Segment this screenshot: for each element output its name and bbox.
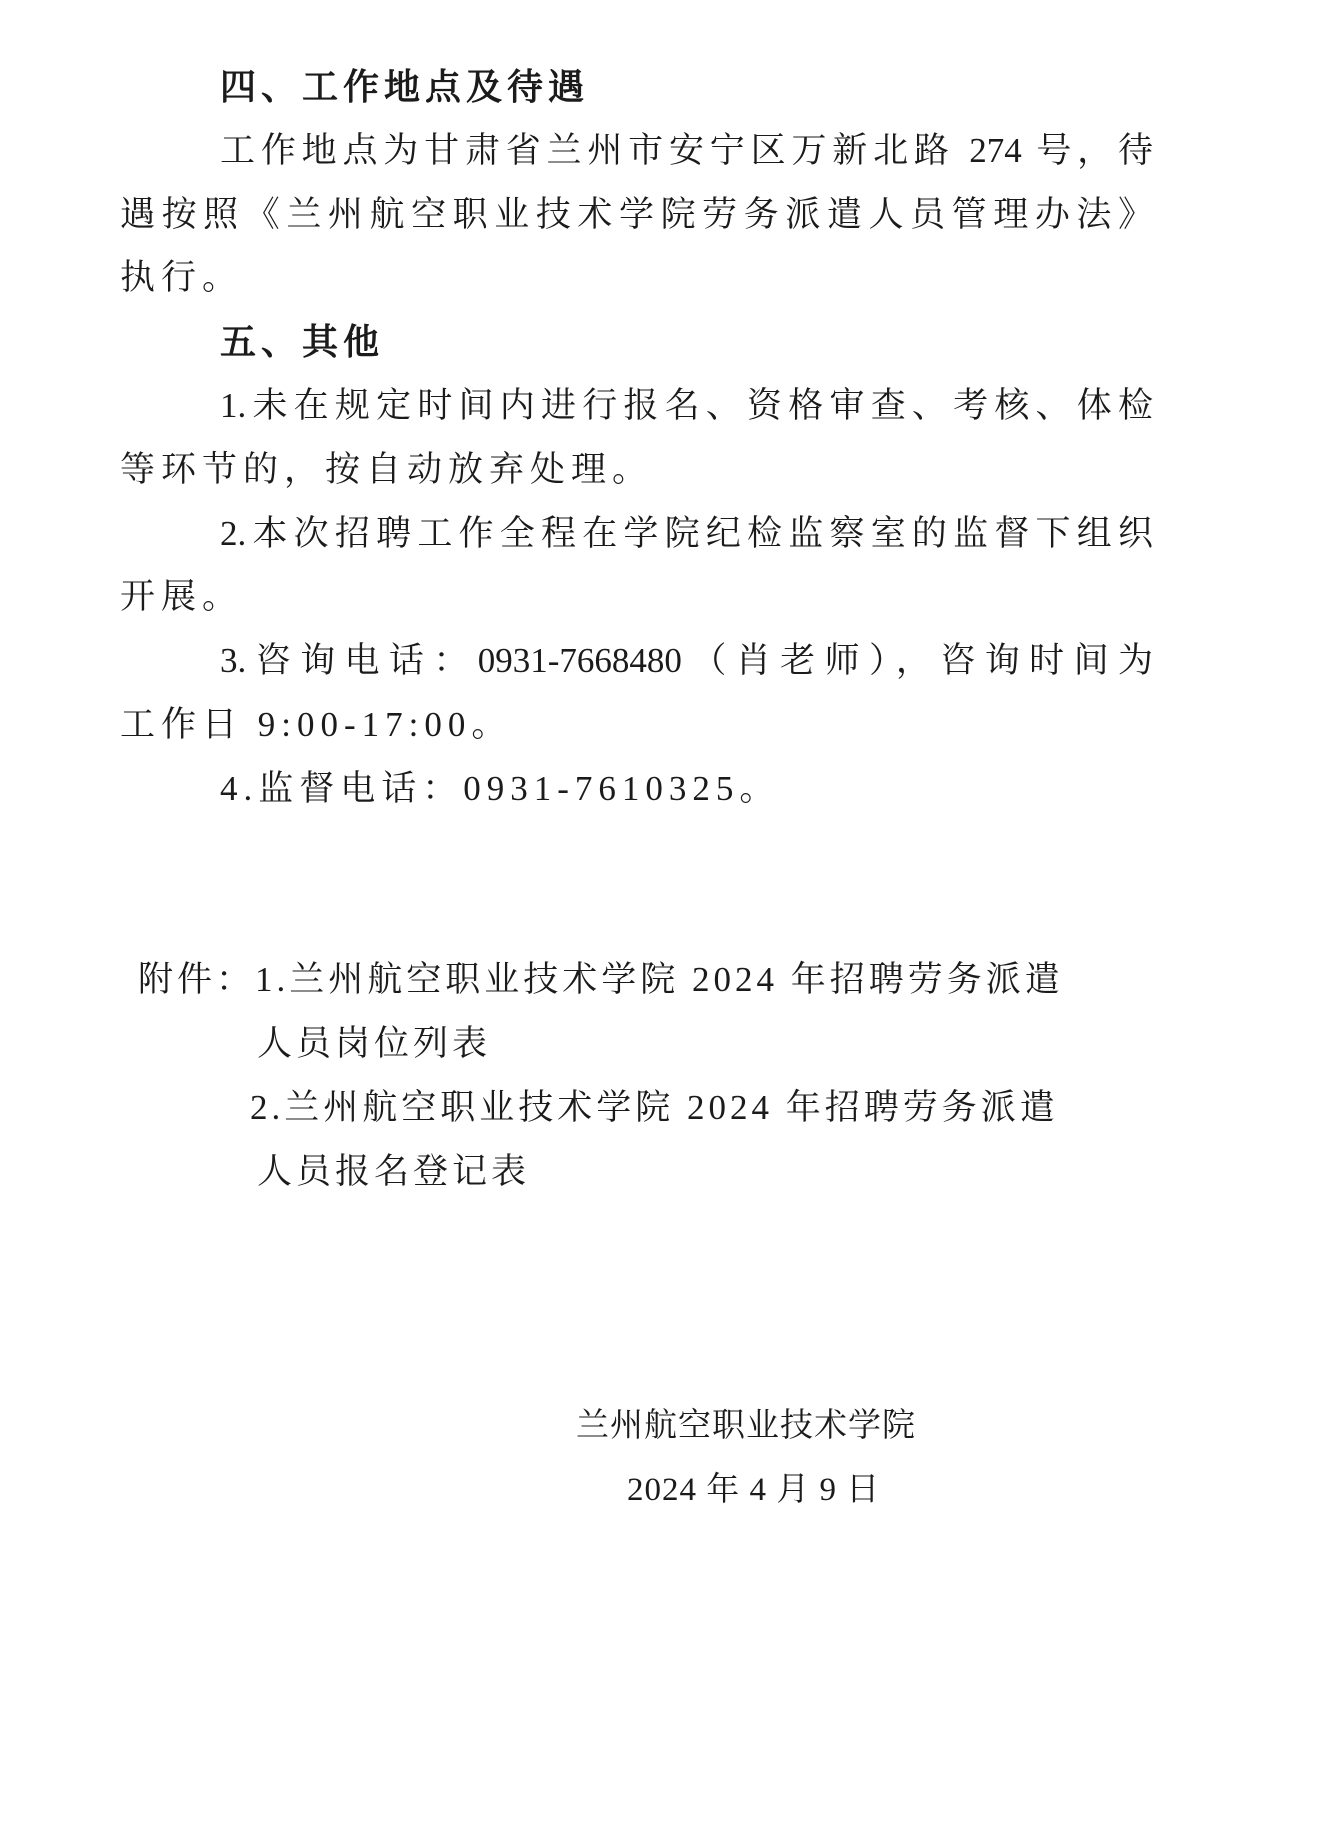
blank-line (120, 1203, 1153, 1267)
document-body: 四、工作地点及待遇 工作地点为甘肃省兰州市安宁区万新北路 274 号，待 遇按照… (120, 55, 1153, 1522)
attachments-line: 附件：1.兰州航空职业技术学院 2024 年招聘劳务派遣 (120, 948, 1153, 1012)
section5-item2-line: 2.本次招聘工作全程在学院纪检监察室的监督下组织 (120, 502, 1153, 566)
attachment-2-title-continuation: 人员报名登记表 (120, 1140, 1153, 1204)
blank-line (120, 1267, 1153, 1331)
section4-paragraph-line: 工作地点为甘肃省兰州市安宁区万新北路 274 号，待 (120, 119, 1153, 183)
section4-paragraph-line: 遇按照《兰州航空职业技术学院劳务派遣人员管理办法》 (120, 183, 1153, 247)
section5-item1-line: 等环节的，按自动放弃处理。 (120, 438, 1153, 502)
blank-line (120, 884, 1153, 948)
section5-item3-line: 3.咨询电话：0931-7668480（肖老师），咨询时间为 (120, 629, 1153, 693)
blank-line (120, 821, 1153, 885)
section5-item2-line: 开展。 (120, 565, 1153, 629)
attachment-1-title: 1.兰州航空职业技术学院 2024 年招聘劳务派遣 (255, 960, 1064, 999)
signature-date: 2024 年 4 月 9 日 (120, 1459, 1153, 1523)
section5-item4-line: 4.监督电话：0931-7610325。 (120, 757, 1153, 821)
section5-item3-line: 工作日 9:00-17:00。 (120, 693, 1153, 757)
section5-item1-line: 1.未在规定时间内进行报名、资格审查、考核、体检 (120, 374, 1153, 438)
document-page: 四、工作地点及待遇 工作地点为甘肃省兰州市安宁区万新北路 274 号，待 遇按照… (0, 0, 1324, 1842)
section4-paragraph-line: 执行。 (120, 246, 1153, 310)
attachment-1-title-continuation: 人员岗位列表 (120, 1012, 1153, 1076)
signature-organization: 兰州航空职业技术学院 (120, 1395, 1153, 1459)
section5-heading: 五、其他 (120, 310, 1153, 374)
attachments-label: 附件： (138, 960, 255, 999)
section4-heading: 四、工作地点及待遇 (120, 55, 1153, 119)
blank-line (120, 1331, 1153, 1395)
attachment-2-title: 2.兰州航空职业技术学院 2024 年招聘劳务派遣 (120, 1076, 1153, 1140)
